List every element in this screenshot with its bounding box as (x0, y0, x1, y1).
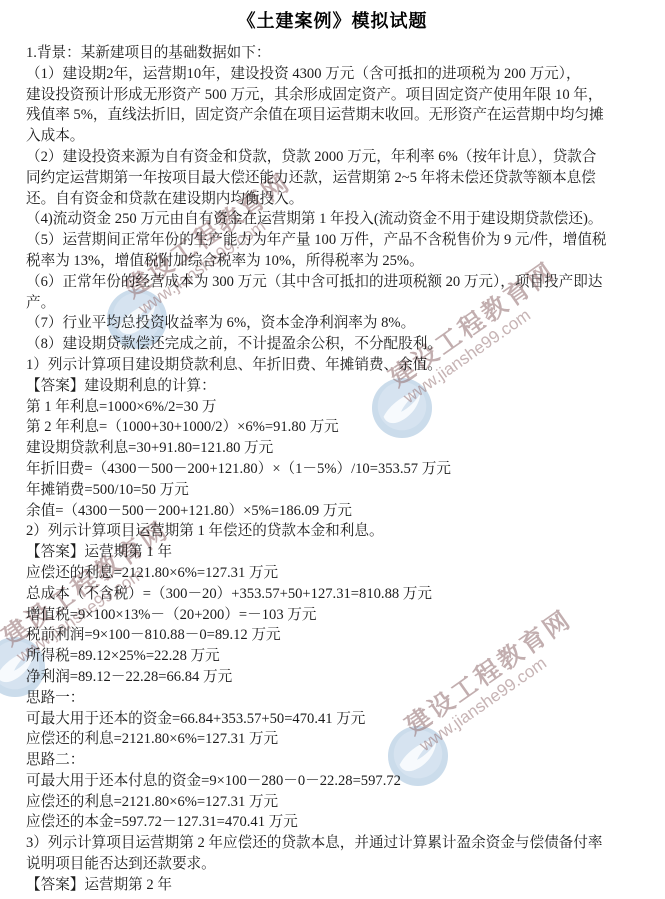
text-line: （2）建设投资来源为自有资金和贷款，贷款 2000 万元，年利率 6%（按年计息… (26, 147, 643, 168)
text-line: 建设期贷款利息=30+91.80=121.80 万元 (26, 438, 643, 459)
text-line: 可最大用于还本付息的资金=9×100－280－0－22.28=597.72 (26, 771, 643, 792)
text-line: 思路一： (26, 688, 643, 709)
text-line: 税前利润=9×100－810.88－0=89.12 万元 (26, 625, 643, 646)
text-line: （1）建设期2年，运营期10年，建设投资 4300 万元（含可抵扣的进项税为 2… (26, 64, 643, 85)
text-line: （6）正常年份的经营成本为 300 万元（其中含可抵扣的进项税额 20 万元），… (26, 272, 643, 293)
text-line: 第 2 年利息=（1000+30+1000/2）×6%=91.80 万元 (26, 417, 643, 438)
document-page: 建设工程教育网 www.jianshe99.com 建设工程教育网 www.ji… (0, 0, 665, 899)
text-line: 总成本（不含税）=（300－20）+353.57+50+127.31=810.8… (26, 584, 643, 605)
text-line: 余值=（4300－500－200+121.80）×5%=186.09 万元 (26, 501, 643, 522)
document-content: 《土建案例》模拟试题 1.背景：某新建项目的基础数据如下：（1）建设期2年，运营… (0, 0, 665, 896)
text-line: 应偿还的利息=2121.80×6%=127.31 万元 (26, 792, 643, 813)
text-line: 应偿还的利息=2121.80×6%=127.31 万元 (26, 729, 643, 750)
text-line: 第 1 年利息=1000×6%/2=30 万 (26, 397, 643, 418)
text-line: 1）列示计算项目建设期贷款利息、年折旧费、年摊销费、余值。 (26, 355, 643, 376)
text-line: 年折旧费=（4300－500－200+121.80）×（1－5%）/10=353… (26, 459, 643, 480)
text-line: 思路二： (26, 750, 643, 771)
text-line: （7）行业平均总投资收益率为 6%，资本金净利润率为 8%。 (26, 313, 643, 334)
text-line: （4)流动资金 250 万元由自有资金在运营期第 1 年投入(流动资金不用于建设… (26, 209, 643, 230)
text-line: 建设投资预计形成无形资产 500 万元，其余形成固定资产。项目固定资产使用年限 … (26, 85, 643, 106)
text-line: 净利润=89.12－22.28=66.84 万元 (26, 667, 643, 688)
text-line: 2）列示计算项目运营期第 1 年偿还的贷款本金和利息。 (26, 521, 643, 542)
text-line: 残值率 5%，直线法折旧，固定资产余值在项目运营期末收回。无形资产在运营期中均匀… (26, 105, 643, 126)
text-line: （8）建设期贷款偿还完成之前，不计提盈余公积，不分配股利。 (26, 334, 643, 355)
text-line: 【答案】建设期利息的计算： (26, 376, 643, 397)
text-line: 3）列示计算项目运营期第 2 年应偿还的贷款本息，并通过计算累计盈余资金与偿债备… (26, 833, 643, 854)
text-line: 应偿还的本金=597.72－127.31=470.41 万元 (26, 812, 643, 833)
document-body: 1.背景：某新建项目的基础数据如下：（1）建设期2年，运营期10年，建设投资 4… (26, 43, 643, 896)
text-line: 可最大用于还本的资金=66.84+353.57+50=470.41 万元 (26, 709, 643, 730)
text-line: 入成本。 (26, 126, 643, 147)
page-title: 《土建案例》模拟试题 (0, 0, 665, 33)
text-line: 【答案】运营期第 2 年 (26, 875, 643, 896)
text-line: 年摊销费=500/10=50 万元 (26, 480, 643, 501)
text-line: （5）运营期间正常年份的生产能力为年产量 100 万件，产品不含税售价为 9 元… (26, 230, 643, 251)
text-line: 税率为 13%，增值税附加综合税率为 10%，所得税率为 25%。 (26, 251, 643, 272)
text-line: 1.背景：某新建项目的基础数据如下： (26, 43, 643, 64)
text-line: 同约定运营期第一年按项目最大偿还能力还款，运营期第 2~5 年将未偿还贷款等额本… (26, 168, 643, 189)
text-line: 还。自有资金和贷款在建设期内均衡投入。 (26, 189, 643, 210)
text-line: 所得税=89.12×25%=22.28 万元 (26, 646, 643, 667)
text-line: 说明项目能否达到还款要求。 (26, 854, 643, 875)
text-line: 【答案】运营期第 1 年 (26, 542, 643, 563)
text-line: 产。 (26, 293, 643, 314)
text-line: 应偿还的利息=2121.80×6%=127.31 万元 (26, 563, 643, 584)
text-line: 增值税=9×100×13%－（20+200）=－103 万元 (26, 605, 643, 626)
